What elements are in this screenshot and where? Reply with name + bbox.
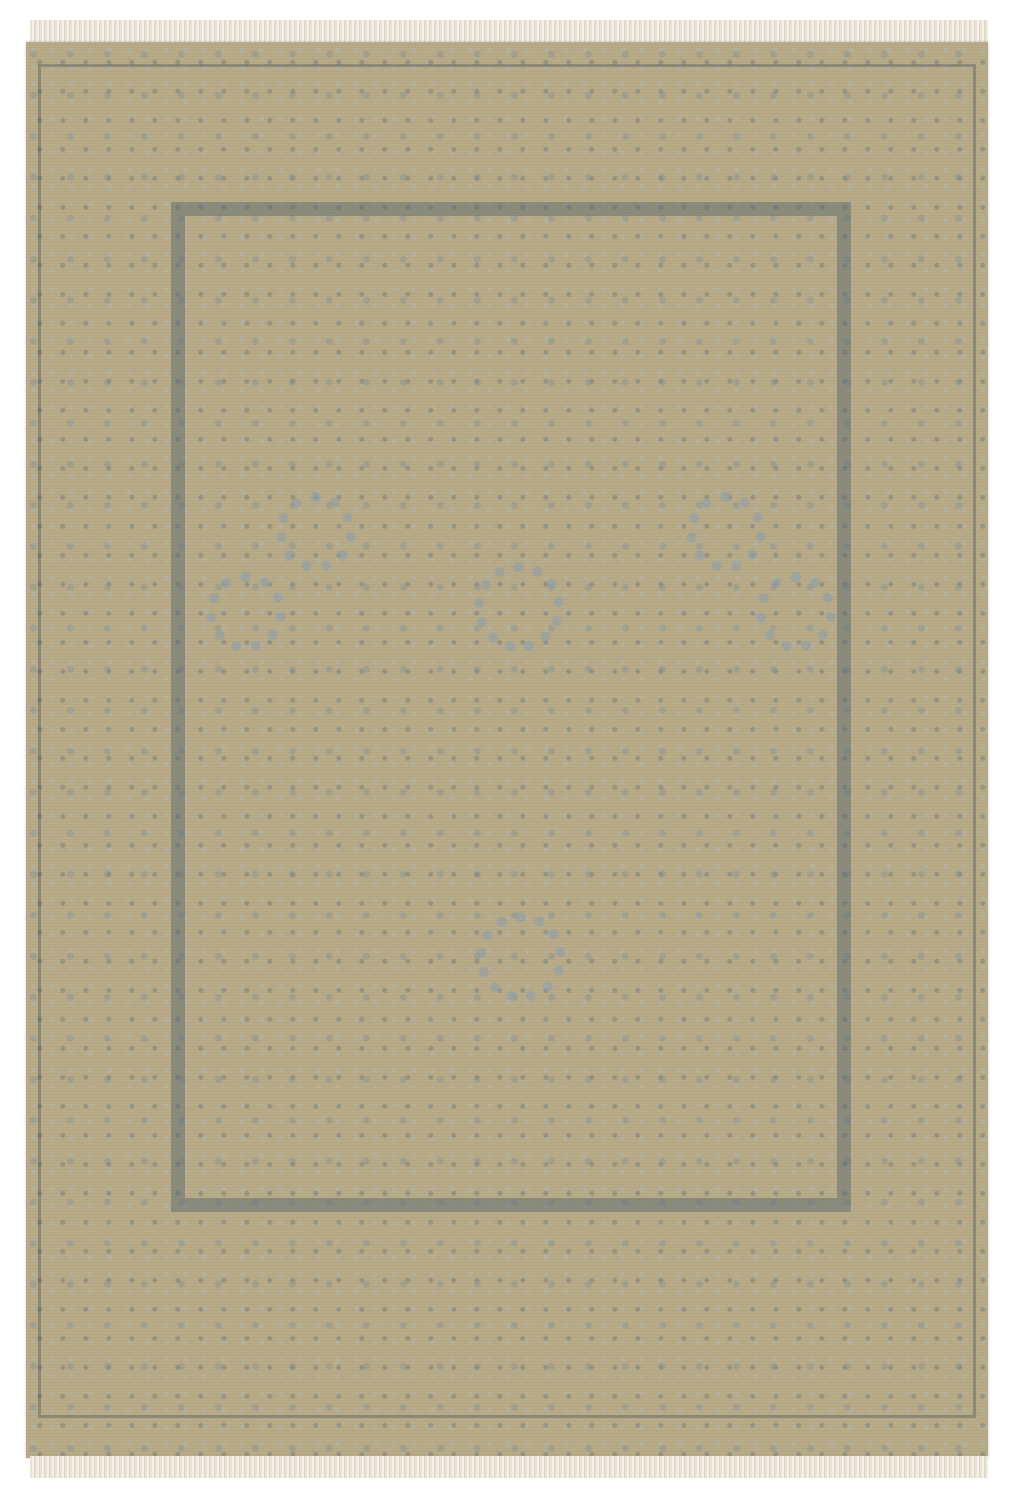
rug: [26, 42, 988, 1458]
medallion: [476, 912, 566, 1002]
inner-border-frame: [171, 202, 851, 1212]
top-fringe: [30, 20, 988, 42]
bottom-fringe: [30, 1456, 988, 1478]
medallion: [686, 492, 766, 572]
center-medallion: [474, 562, 564, 652]
medallion: [276, 492, 356, 572]
medallion: [206, 572, 286, 652]
medallion: [756, 572, 836, 652]
